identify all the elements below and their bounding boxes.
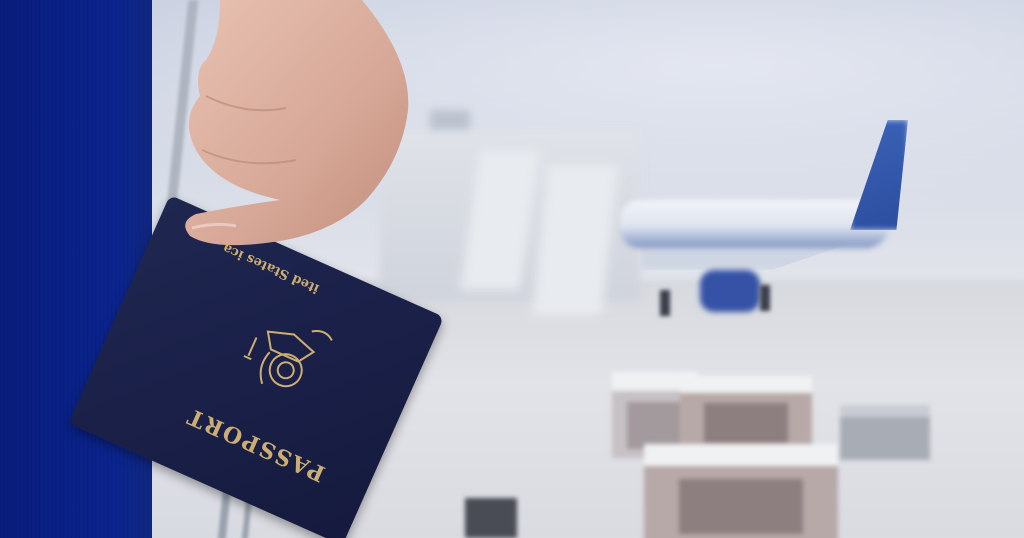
luggage-cart: [465, 498, 517, 538]
luggage-cart: [644, 444, 838, 538]
hand: [176, 0, 412, 250]
luggage-cart: [840, 405, 930, 460]
landing-gear: [760, 285, 770, 311]
eagle-seal-icon: [225, 296, 344, 415]
airplane-fuselage: [620, 200, 890, 248]
photo-scene: ited States ica PASSPORT: [0, 0, 1024, 538]
luggage-cart: [680, 376, 812, 452]
landing-gear: [660, 290, 670, 316]
airplane-engine: [700, 270, 760, 312]
